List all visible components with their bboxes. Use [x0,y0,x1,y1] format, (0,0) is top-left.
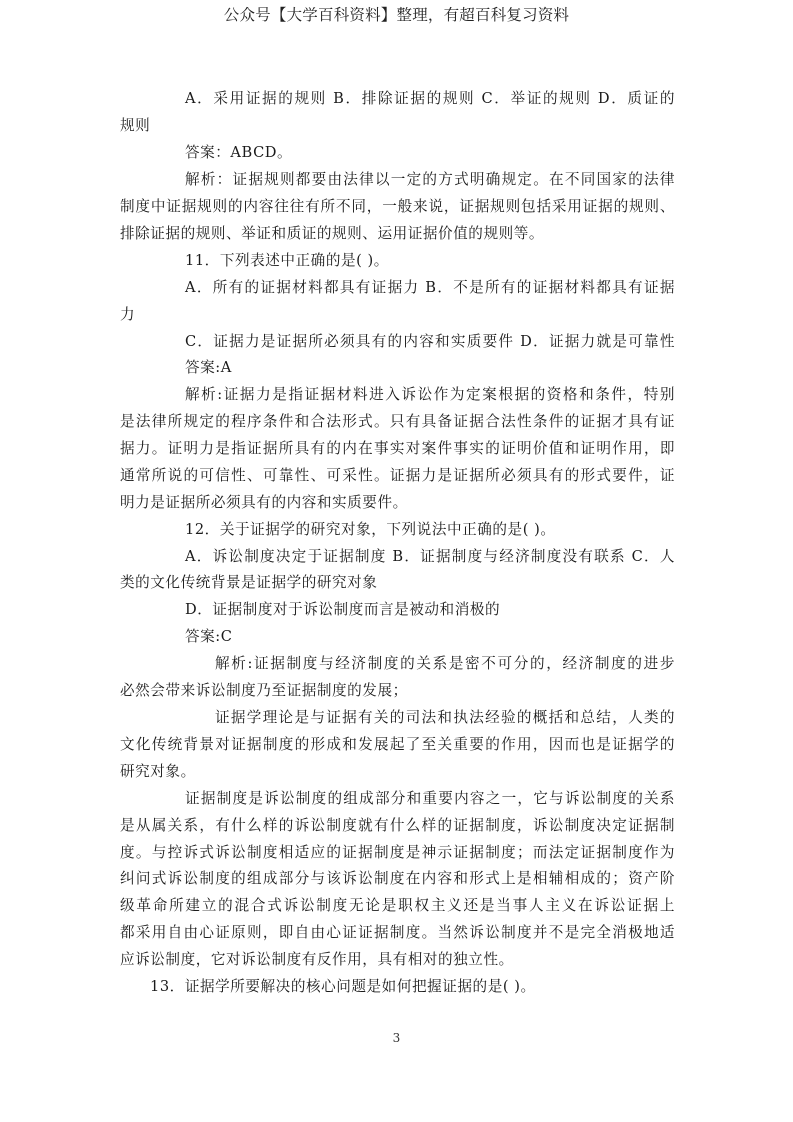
q10-explanation-cont: 排除证据的规则、举证和质证的规则、运用证据价值的规则等。 [120,224,675,244]
q11-question: 11．下列表述中正确的是( )。 [185,251,675,271]
q11-explanation-cont: 是法律所规定的程序条件和合法形式。只有具备证据合法性条件的证据才具有证 [120,412,675,432]
q12-options-cont: 类的文化传统背景是证据学的研究对象 [120,573,675,593]
q10-explanation-cont: 制度中证据规则的内容往往有所不同，一般来说，证据规则包括采用证据的规则、 [120,197,675,217]
q12-explanation-cont: 级革命所建立的混合式诉讼制度无论是职权主义还是当事人主义在诉讼证据上 [120,896,675,916]
q12-options: A．诉讼制度决定于证据制度 B．证据制度与经济制度没有联系 C．人 [185,547,675,567]
q10-options: A．采用证据的规则 B．排除证据的规则 C．举证的规则 D．质证的 [185,89,675,109]
q11-answer: 答案:A [185,358,675,378]
q10-explanation: 解析：证据规则都要由法律以一定的方式明确规定。在不同国家的法律 [185,170,675,190]
q12-explanation-cont: 研究对象。 [120,762,675,782]
q11-options-cont: 力 [120,305,675,325]
q12-explanation-cont: 应诉讼制度，它对诉讼制度有反作用，具有相对的独立性。 [120,950,675,970]
q11-options: A．所有的证据材料都具有证据力 B．不是所有的证据材料都具有证据 [185,278,675,298]
q12-explanation-p2: 证据学理论是与证据有关的司法和执法经验的概括和总结，人类的 [215,708,675,728]
q12-explanation-cont: 必然会带来诉讼制度乃至证据制度的发展； [120,681,675,701]
q11-explanation: 解析:证据力是指证据材料进入诉讼作为定案根据的资格和条件，特别 [185,385,675,405]
q12-question: 12．关于证据学的研究对象，下列说法中正确的是( )。 [185,520,675,540]
q12-explanation-cont: 都采用自由心证原则，即自由心证证据制度。当然诉讼制度并不是完全消极地适 [120,923,675,943]
q12-answer: 答案:C [185,627,675,647]
q12-explanation-cont: 是从属关系，有什么样的诉讼制度就有什么样的证据制度，诉讼制度决定证据制 [120,816,675,836]
q10-options-cont: 规则 [120,116,675,136]
q12-explanation-cont: 文化传统背景对证据制度的形成和发展起了至关重要的作用，因而也是证据学的 [120,735,675,755]
q13-question: 13．证据学所要解决的核心问题是如何把握证据的是( )。 [150,977,675,997]
q10-answer: 答案：ABCD。 [185,143,675,163]
q12-explanation-cont: 度。与控诉式诉讼制度相适应的证据制度是神示证据制度；而法定证据制度作为 [120,843,675,863]
q11-explanation-cont: 明力是证据所必须具有的内容和实质要件。 [120,493,675,513]
q12-explanation: 解析:证据制度与经济制度的关系是密不可分的，经济制度的进步 [215,654,675,674]
q12-explanation-cont: 纠问式诉讼制度的组成部分与该诉讼制度在内容和形式上是相辅相成的；资产阶 [120,869,675,889]
q11-explanation-cont: 通常所说的可信性、可靠性、可采性。证据力是证据所必须具有的形式要件，证 [120,466,675,486]
page-header: 公众号【大学百科资料】整理，有超百科复习资料 [0,3,793,25]
q12-explanation-p3: 证据制度是诉讼制度的组成部分和重要内容之一，它与诉讼制度的关系 [185,789,675,809]
page-number: 3 [0,1031,793,1045]
q11-options-cd: C．证据力是证据所必须具有的内容和实质要件 D．证据力就是可靠性 [185,332,675,352]
q11-explanation-cont: 据力。证明力是指证据所具有的内在事实对案件事实的证明价值和证明作用，即 [120,439,675,459]
q12-option-d: D．证据制度对于诉讼制度而言是被动和消极的 [185,600,675,620]
